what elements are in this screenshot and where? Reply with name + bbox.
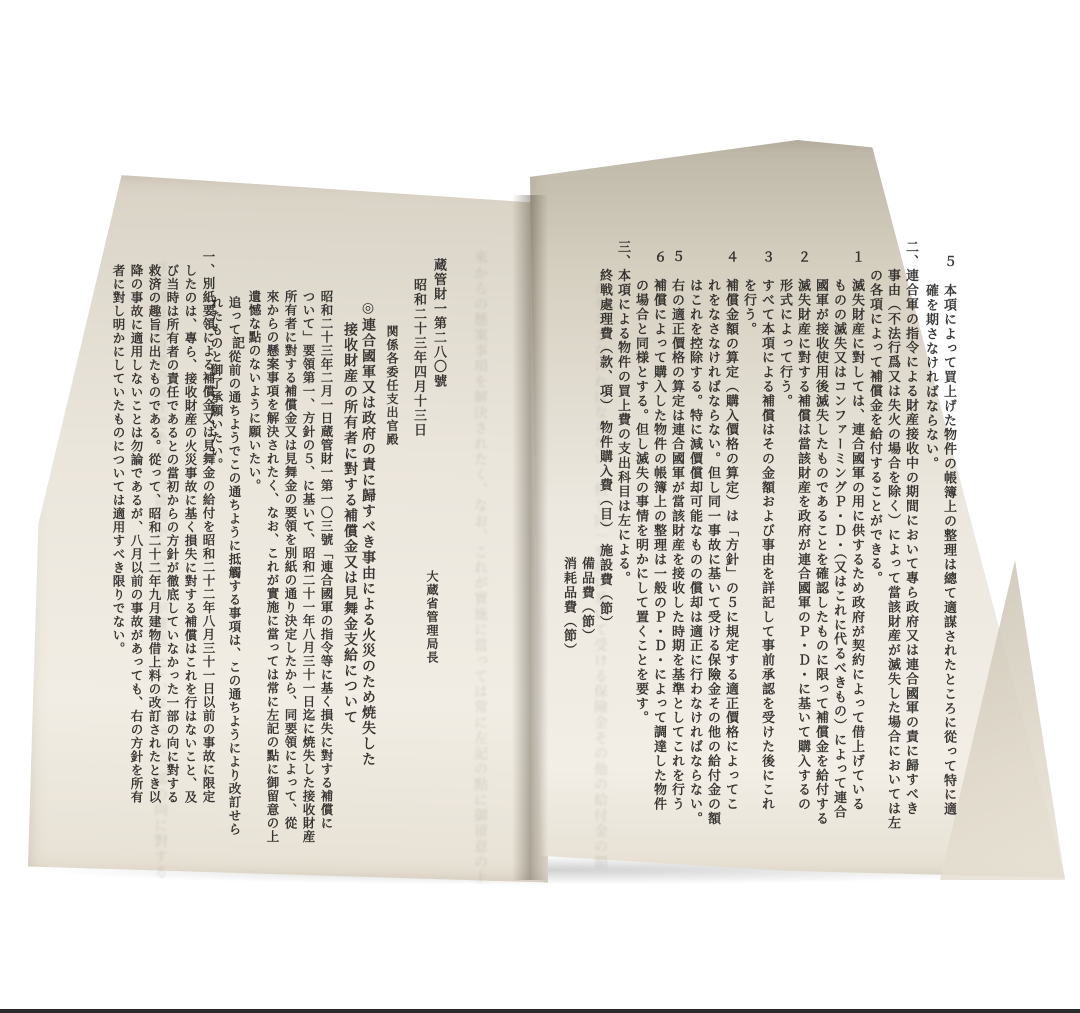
budget-line: 備品費（節）	[578, 240, 594, 643]
paragraph-line: ３ すべて本項による補償はその金額および事由を詳記して事前承認を受けた後にこれ	[758, 250, 774, 812]
note-line: 降の事故に適用しないことは勿論であるが、八月以前の事故があっても、右の方針を所有	[128, 264, 144, 804]
body-line: 昭和二十三年二月一日蔵管財一第一〇三號「連合國軍の指令等に基く損失に對する補償に	[318, 290, 334, 830]
note-line: 者に對し明かにしていたものについては適用すべき限りでない。	[110, 264, 126, 656]
notice-title-line1: ◎連合國軍又は政府の責に歸すべき事由による火災のため焼失した	[360, 300, 376, 767]
paragraph-line: ものの滅失又はコンファーミングＰ・Ｄ・（又はこれに代るべきもの）によって連合	[830, 250, 846, 820]
paragraph-line: 形式によって行う。	[776, 250, 792, 408]
paragraph-line: ５ 本項によって買上げた物件の帳簿上の整理は總て適謀されたところに從って特に適	[940, 255, 956, 817]
note-line: 救済の趣旨に出たものである。從って、昭和二十二年九月建物借上料の改訂されたとき以	[146, 264, 162, 804]
paragraph-line: ６ 補償によって購入した物件の帳簿上の整理は一般のＰ・Ｄ・によって調達した物件	[650, 250, 666, 812]
paragraph-line: の場合と同様とする。但し滅失の事情を明かにして置くことを要す。	[632, 250, 648, 725]
notice-title-line2: 接收財産の所有者に對する補償金又は見舞金支給について	[342, 322, 358, 725]
paragraph-line: ２ 滅失財産に對する補償は當該財産を政府が連合國軍のＰ・Ｄ・に基いて購入するの	[794, 250, 810, 812]
doc-date: 昭和二十三年四月十三日	[410, 278, 426, 438]
body-line: 來からの懸案事項を解決されたく、なお、これが實施に當っては常に左記の點に御留意の…	[264, 290, 280, 844]
body-line: ついて」要領第一、方針の５、に基いて、昭和二十一年八月三十一日迄に焼失した接收財…	[300, 290, 316, 844]
paragraph-line: 三、本項による物件の買上費の支出科目は左による。	[614, 240, 630, 586]
paragraph-line: ５ 右の適正價格の算定は連合國軍が當該財産を接收した時期を基準としてこれを行う	[668, 250, 684, 812]
body-line: 遺憾な點のないように願いたい。	[246, 290, 262, 493]
paragraph-line: ４ 補償金額の算定（購入價格の算定）は「方針」の５に規定する適正價格によってこ	[722, 250, 738, 812]
paragraph-line: 二、連合軍の指令による財産接收中の期間において專ら政府又は連合國軍の責に歸すべき	[902, 240, 918, 816]
ki-heading: 記	[228, 336, 244, 351]
paragraph-line: はこれを控除する。特に減價償却可能なものの償却は適正に行わなければならない。	[686, 250, 702, 826]
sender: 大蔵省管理局長	[424, 570, 440, 665]
body-line: 追って、從前の通ちようでこの通ちように抵觸する事項は、この通ちようにより改訂せら	[226, 296, 242, 836]
doc-number: 蔵管財一第二八〇號	[430, 258, 446, 389]
note-line: び当時は所有者の責任であるとの當初からの方針が徹底していなかった一部の向に對する	[164, 264, 180, 804]
book-gutter	[512, 195, 548, 880]
paragraph-line: １ 滅失財産に對しては、連合國軍の用に供するため政府が契約によって借上げている	[848, 250, 864, 812]
bleed-through-text: 來からの懸案事項を解決されたく、なお、これが實施に當っては常に左記の點に御留意の…	[470, 250, 490, 886]
paragraph-line: 事由（不法行爲又は失火の場合を除く）によって當該財産が滅失した場合においては左	[884, 240, 900, 830]
budget-line: 消耗品費（節）	[560, 240, 576, 658]
addressee: 関係各委任支出官殿	[384, 325, 400, 447]
paragraph-line: 國軍が接收使用後滅失したものであることを確認したものに限って補償金を給付する	[812, 250, 828, 826]
paragraph-line: の各項によって補償金を給付することができる。	[866, 240, 882, 586]
paragraph-line: を行う。	[740, 250, 756, 336]
budget-line: 終戦處理費（款、項） 物件購入費（目） 施設費（節）	[596, 240, 612, 630]
note-line: 一、別紙要領による補償金又は見舞金の給付を昭和二十二年八月三十一日以前の事故に限…	[200, 250, 216, 804]
body-line: 所有者に對する補償金又は見舞金の要領を別紙の通り決定したから、同要領によって、從	[282, 290, 298, 830]
paragraph-line: れをなさなければならない。但し同一事故に基いて受ける保險金その他の給付金の額	[704, 250, 720, 826]
paragraph-line: 確を期さなければならない。	[922, 255, 938, 471]
note-line: したのは、專ら、接收財産の火災事故に基く損失に對する補償はこれを行はないこと、及	[182, 264, 198, 804]
bottom-border	[0, 1009, 1080, 1013]
